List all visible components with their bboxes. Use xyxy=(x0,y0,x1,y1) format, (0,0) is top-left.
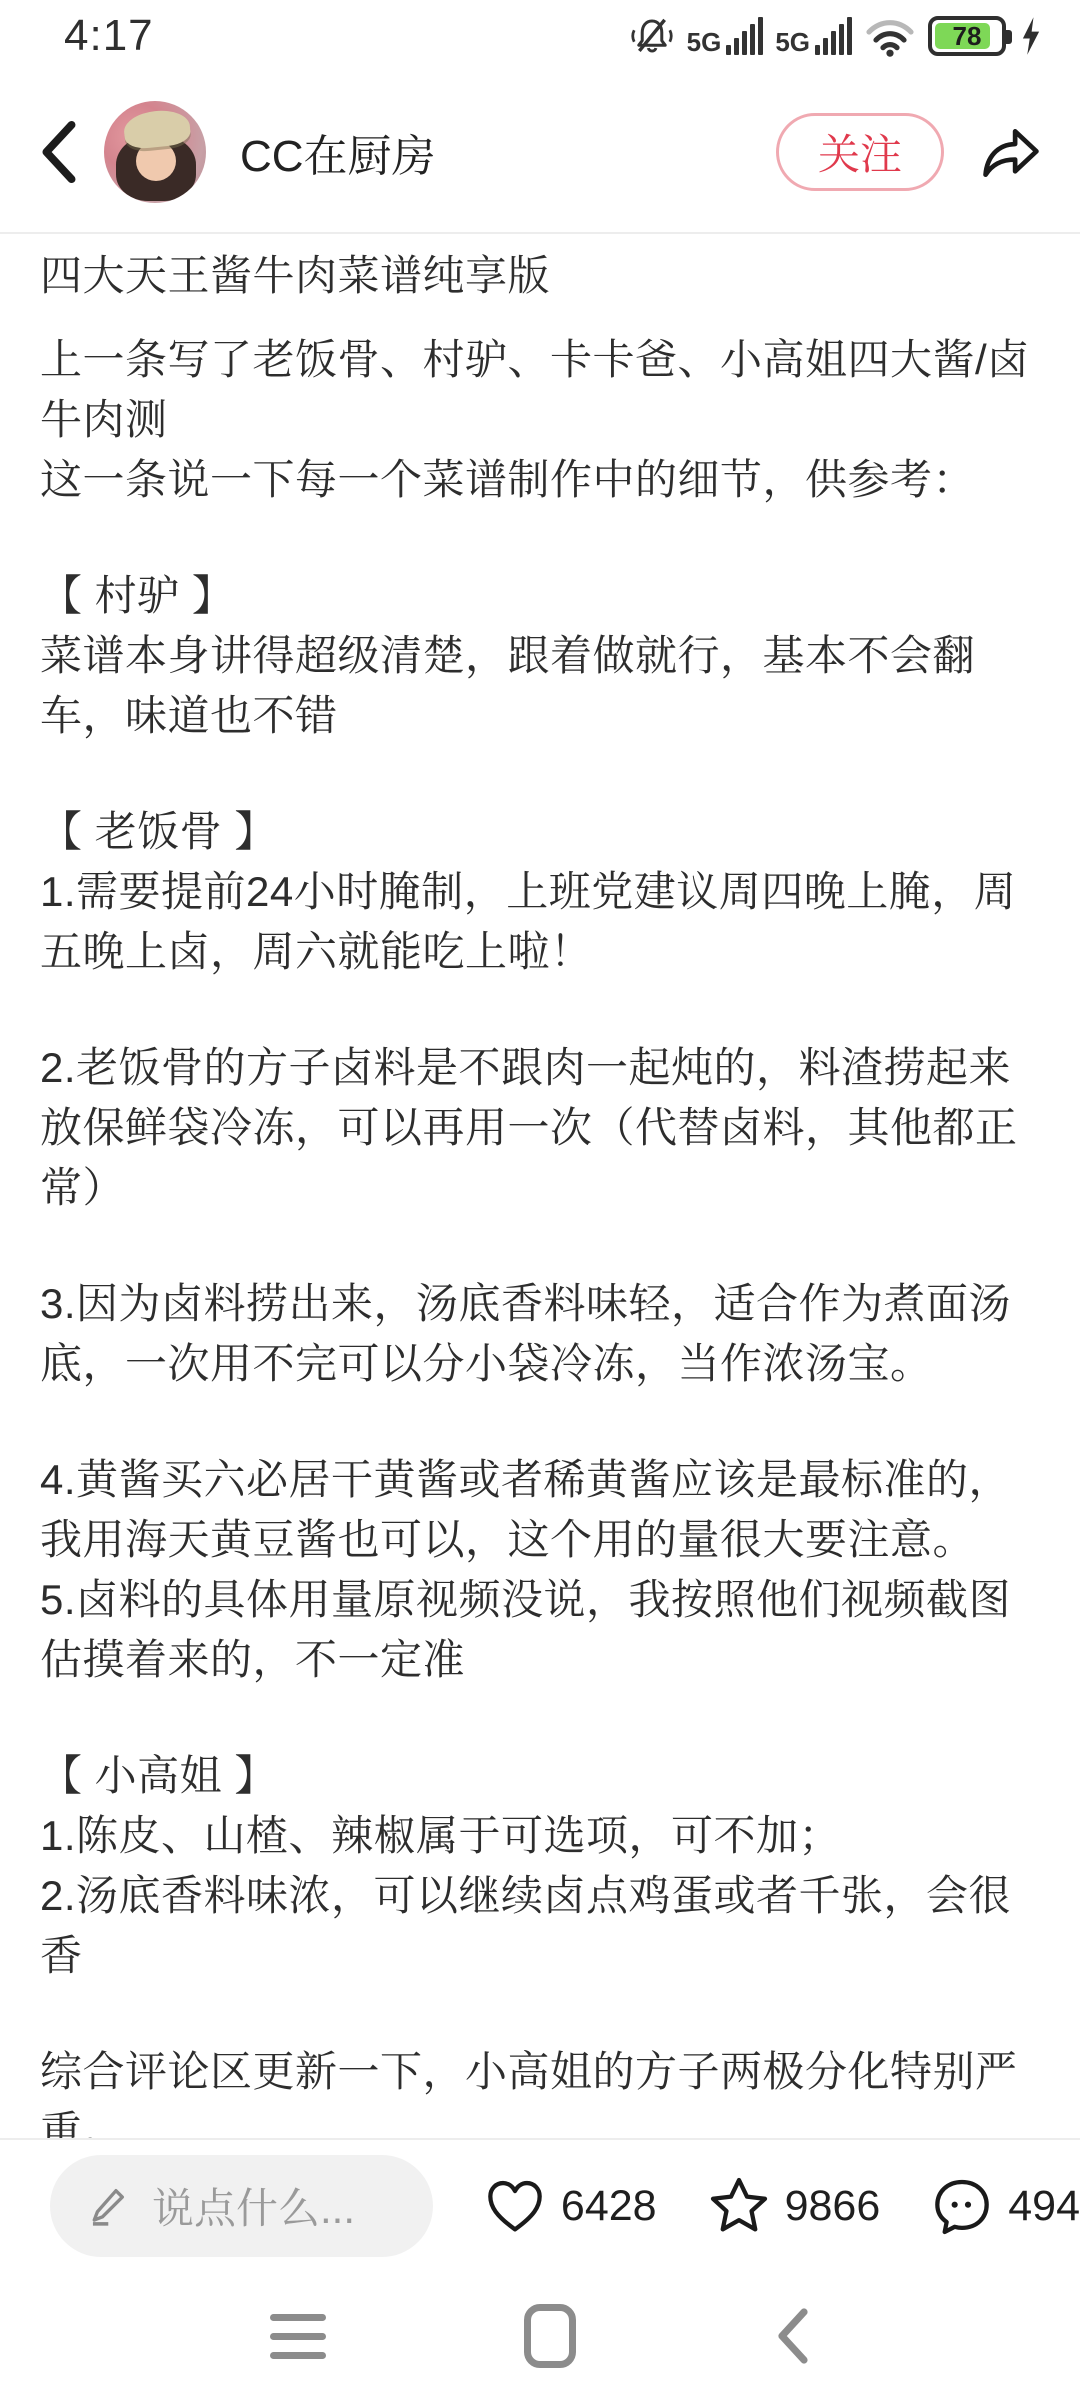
post-paragraph: 1.需要提前24小时腌制，上班党建议周四晚上腌，周五晚上卤，周六就能吃上啦！ xyxy=(40,862,1040,982)
collect-count: 9866 xyxy=(785,2182,881,2231)
share-button[interactable] xyxy=(978,119,1044,185)
section-heading-laofangu: 【 老饭骨 】 xyxy=(40,802,1040,862)
post-paragraph: 1.陈皮、山楂、辣椒属于可选项，可不加； xyxy=(40,1806,1040,1866)
signal-5g-icon: 5G xyxy=(687,17,764,55)
home-button[interactable] xyxy=(524,2304,576,2368)
like-button[interactable]: 6428 xyxy=(483,2174,657,2238)
post-paragraph: 这一条说一下每一个菜谱制作中的细节，供参考： xyxy=(40,450,1040,510)
mute-bell-icon xyxy=(629,15,675,57)
post-paragraph: 5.卤料的具体用量原视频没说，我按照他们视频截图估摸着来的，不一定准 xyxy=(40,1570,1040,1690)
comment-input[interactable]: 说点什么... xyxy=(50,2155,433,2257)
pencil-icon xyxy=(84,2183,130,2229)
post-paragraph: 2.老饭骨的方子卤料是不跟肉一起炖的，料渣捞起来放保鲜袋冷冻，可以再用一次（代替… xyxy=(40,1038,1040,1218)
recent-apps-button[interactable] xyxy=(270,2314,326,2359)
post-paragraph: 3.因为卤料捞出来，汤底香料味轻，适合作为煮面汤底，一次用不完可以分小袋冷冻，当… xyxy=(40,1274,1040,1394)
section-heading-cunlv: 【 村驴 】 xyxy=(40,566,1040,626)
app-screen: 4:17 5G 5G xyxy=(0,0,1080,2400)
battery-icon: 78 xyxy=(928,16,1006,56)
star-icon xyxy=(707,2174,771,2238)
nav-back-button[interactable] xyxy=(774,2308,810,2364)
heart-icon xyxy=(483,2174,547,2238)
post-paragraph: 4.黄酱买六必居干黄酱或者稀黄酱应该是最标准的，我用海天黄豆酱也可以，这个用的量… xyxy=(40,1450,1040,1570)
like-count: 6428 xyxy=(561,2182,657,2231)
post-body: 四大天王酱牛肉菜谱纯享版 上一条写了老饭骨、村驴、卡卡爸、小高姐四大酱/卤牛肉测… xyxy=(0,238,1080,2138)
comment-placeholder: 说点什么... xyxy=(152,2176,355,2236)
signal-5g-icon-2: 5G xyxy=(775,17,852,55)
post-header: CC在厨房 关注 xyxy=(0,72,1080,234)
comment-bubble-icon xyxy=(930,2174,994,2238)
post-paragraph: 上一条写了老饭骨、村驴、卡卡爸、小高姐四大酱/卤牛肉测 xyxy=(40,330,1040,450)
post-paragraph: 综合评论区更新一下，小高姐的方子两极分化特别严重。 xyxy=(40,2042,1040,2138)
android-nav-bar xyxy=(0,2272,1080,2400)
post-paragraph: 菜谱本身讲得超级清楚，跟着做就行，基本不会翻车，味道也不错 xyxy=(40,626,1040,746)
follow-button[interactable]: 关注 xyxy=(776,113,944,191)
user-avatar[interactable] xyxy=(104,101,206,203)
post-title: 四大天王酱牛肉菜谱纯享版 xyxy=(40,246,1040,306)
collect-button[interactable]: 9866 xyxy=(707,2174,881,2238)
post-paragraph: 2.汤底香料味浓，可以继续卤点鸡蛋或者千张，会很香 xyxy=(40,1866,1040,1986)
comment-count: 494 xyxy=(1008,2182,1080,2231)
comment-button[interactable]: 494 xyxy=(930,2174,1080,2238)
bottom-action-bar: 说点什么... 6428 9866 xyxy=(0,2138,1080,2272)
status-bar: 4:17 5G 5G xyxy=(0,0,1080,72)
battery-percent: 78 xyxy=(932,21,1002,52)
clock-time: 4:17 xyxy=(64,11,154,61)
back-button[interactable] xyxy=(36,112,90,192)
username[interactable]: CC在厨房 xyxy=(240,120,436,184)
wifi-icon xyxy=(864,14,916,58)
charging-bolt-icon xyxy=(1018,16,1044,56)
follow-button-label: 关注 xyxy=(818,122,902,182)
section-heading-xiaogaojie: 【 小高姐 】 xyxy=(40,1746,1040,1806)
